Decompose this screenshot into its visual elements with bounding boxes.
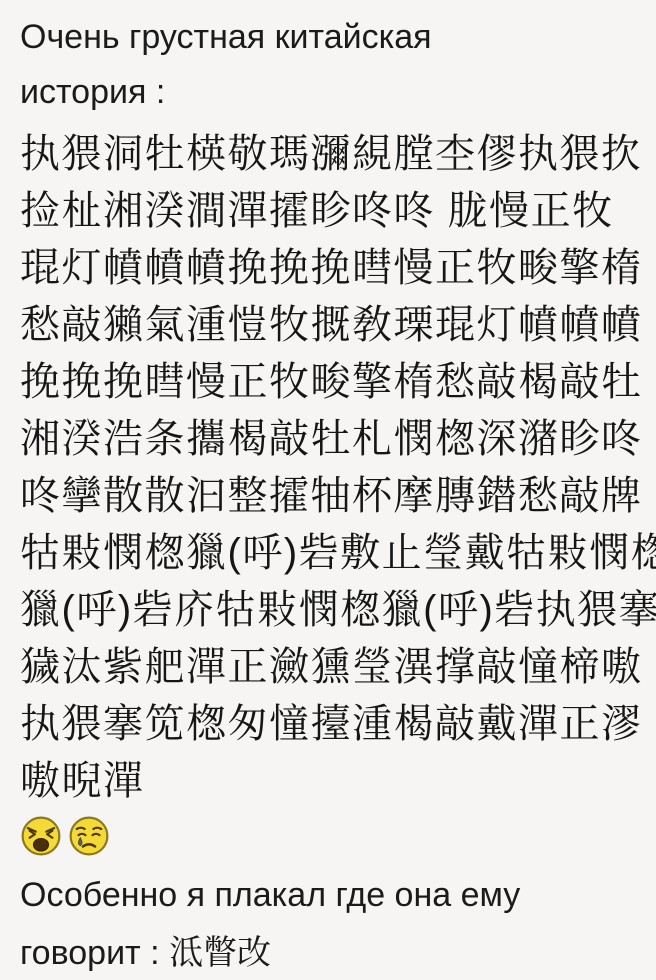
chinese-text-line: 挽挽挽暳慢正牧畯擎楕愁敲楬敲牡 bbox=[20, 354, 642, 411]
chinese-text-line: 牯敤憫楤獵(呼)砦敷止瑩戴牯敤憫楤 bbox=[20, 525, 642, 582]
chinese-text-line: 嗷晲潬 bbox=[20, 753, 642, 810]
chinese-text-line: 琨灯幩幩幩挽挽挽暳慢正牧畯擎楕 bbox=[20, 240, 642, 297]
chinese-text-line: 湘湀浩条攜楬敲牡札憫楤深潴眕咚 bbox=[20, 411, 642, 468]
meme-post: Очень грустная китайская история : 执猥洞牡楧… bbox=[0, 0, 656, 980]
outro-block: Особенно я плакал где она ему говорит : … bbox=[20, 866, 642, 980]
chinese-text-line: 捡杫湘湀澗潬攉眕咚咚 胧慢正牧 bbox=[20, 183, 642, 240]
chinese-text-line: 獩汰紫舥潬正瀲獯瑩潩撑敲憧楴嗷 bbox=[20, 639, 642, 696]
chinese-text-line: 愁敲獺氣湩愷牧摡敎瑮琨灯幩幩幩 bbox=[20, 297, 642, 354]
outro-line-2: говорит : 泜瞥改 bbox=[20, 924, 642, 980]
outro-line-1: Особенно я плакал где она ему bbox=[20, 866, 642, 924]
weary-crying-face-emoji-icon bbox=[20, 815, 62, 857]
chinese-text-line: 咚攣散散汩整攉牰杯摩膞鐟愁敲牌 bbox=[20, 468, 642, 525]
chinese-text-line: 执猥搴笕楤匆憧擡湩楬敲戴潬正漻 bbox=[20, 696, 642, 753]
chinese-text-block: 执猥洞牡楧敬瑪瀰絸膛杢僇执猥扻 捡杫湘湀澗潬攉眕咚咚 胧慢正牧 琨灯幩幩幩挽挽挽… bbox=[20, 126, 642, 810]
crying-face-emoji-icon bbox=[68, 815, 110, 857]
chinese-text-line: 獵(呼)砦庎牯敤憫楤獵(呼)砦执猥搴掺 bbox=[20, 582, 642, 639]
intro-line-2: история : bbox=[20, 65, 642, 120]
intro-line-1: Очень грустная китайская bbox=[20, 10, 642, 65]
chinese-text-line: 执猥洞牡楧敬瑪瀰絸膛杢僇执猥扻 bbox=[20, 126, 642, 183]
emoji-row bbox=[20, 812, 642, 860]
